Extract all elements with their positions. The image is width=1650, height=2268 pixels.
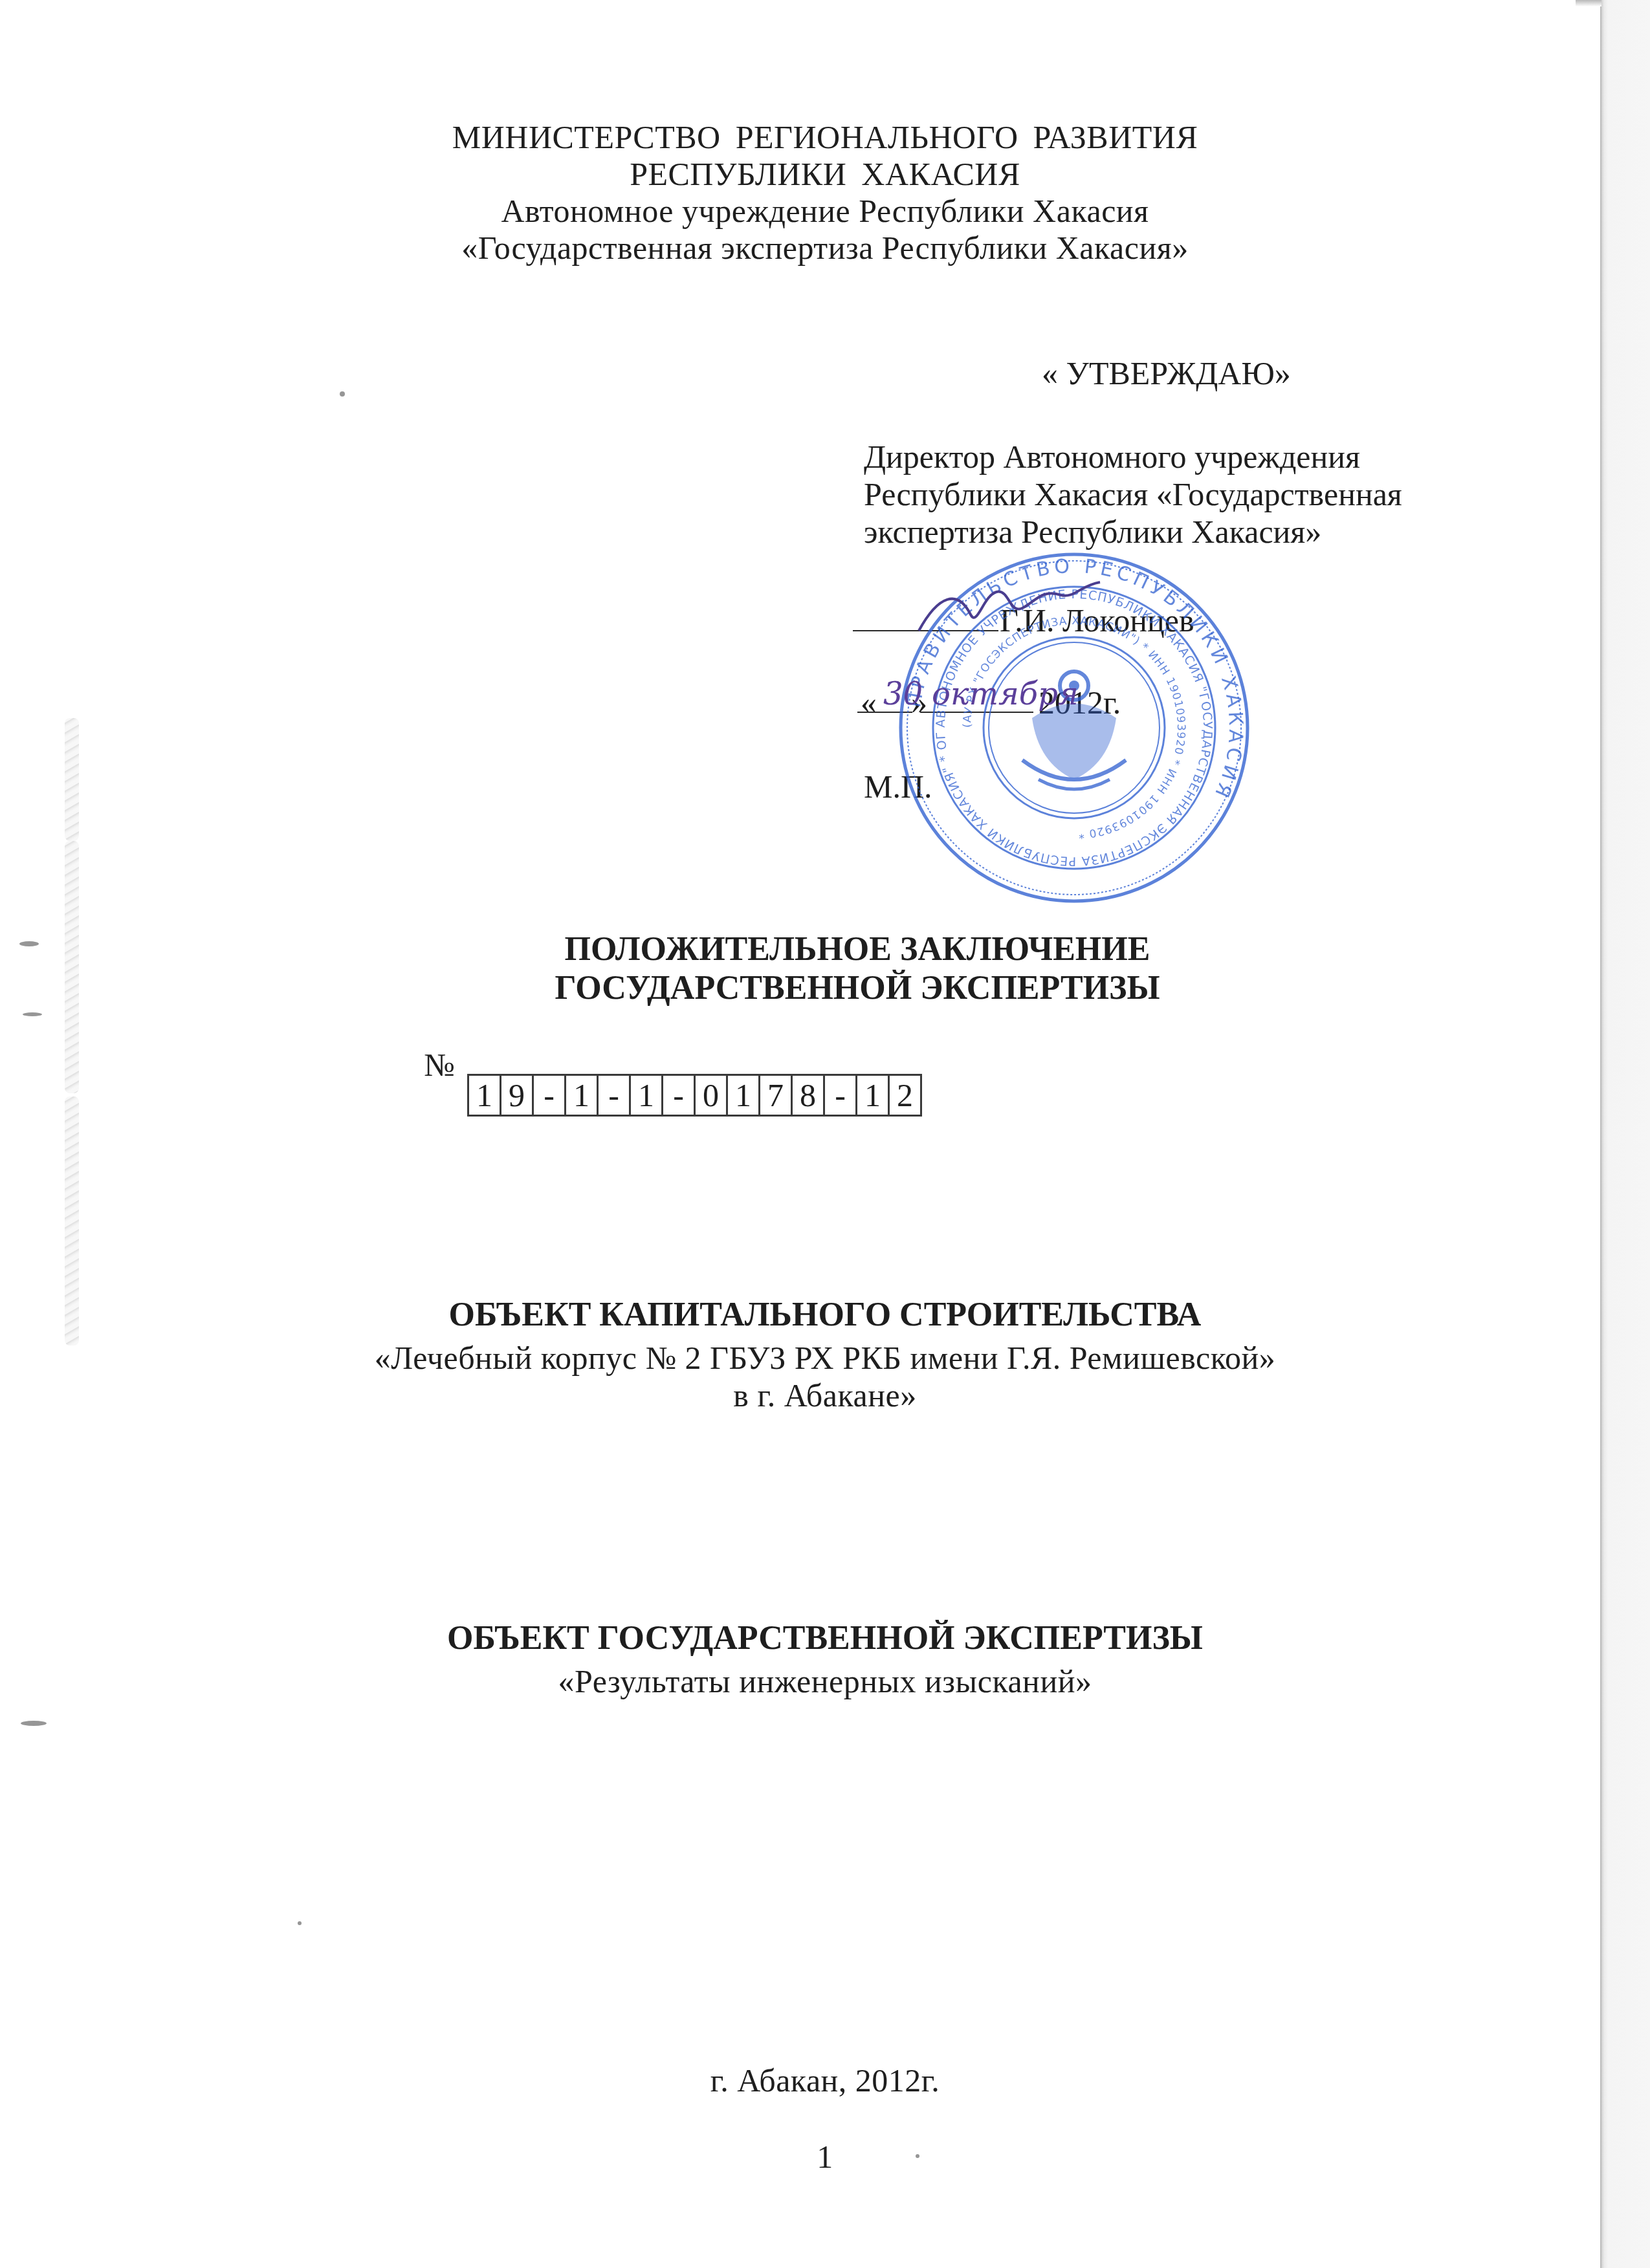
binding-string-top xyxy=(65,718,79,841)
construction-object-heading: ОБЪЕКТ КАПИТАЛЬНОГО СТРОИТЕЛЬСТВА xyxy=(0,1295,1650,1335)
seal-label: М.П. xyxy=(864,768,932,805)
svg-text:(АУ РХ "ГОСЭКСПЕРТИЗА ХАКАСИИ": (АУ РХ "ГОСЭКСПЕРТИЗА ХАКАСИИ") * ИНН 19… xyxy=(961,615,1187,841)
conclusion-number-grid: 1 9 - 1 - 1 - 0 1 7 8 - 1 2 xyxy=(467,1074,922,1117)
page-number: 1 xyxy=(0,2138,1650,2175)
scan-speck xyxy=(298,1921,302,1925)
number-sign: № xyxy=(424,1046,455,1084)
approver-position-line-3: экспертиза Республики Хакасия» xyxy=(864,513,1321,551)
ministry-line-1: МИНИСТЕРСТВО РЕГИОНАЛЬНОГО РАЗВИТИЯ xyxy=(0,118,1650,156)
institution-line-1: Автономное учреждение Республики Хакасия xyxy=(0,192,1650,230)
construction-object-name-line-1: «Лечебный корпус № 2 ГБУЗ РХ РКБ имени Г… xyxy=(0,1339,1650,1377)
institution-line-2: «Государственная экспертиза Республики Х… xyxy=(0,229,1650,267)
page-edge-corner xyxy=(1576,0,1601,6)
construction-object-name-line-2: в г. Абакане» xyxy=(0,1377,1650,1414)
director-signature-icon xyxy=(912,569,1106,647)
number-cell: 2 xyxy=(889,1075,921,1116)
handwritten-month: октября xyxy=(932,676,1079,712)
number-cell: 7 xyxy=(760,1075,792,1116)
number-cell: 1 xyxy=(727,1075,760,1116)
number-cell: 0 xyxy=(695,1075,727,1116)
number-cell: 1 xyxy=(468,1075,501,1116)
number-cell: 9 xyxy=(501,1075,533,1116)
number-cell: - xyxy=(533,1075,566,1116)
place-and-year: г. Абакан, 2012г. xyxy=(0,2062,1650,2099)
scan-speck xyxy=(21,1721,47,1726)
approval-title: « УТВЕРЖДАЮ» xyxy=(1042,354,1291,392)
page-edge-shadow xyxy=(1600,0,1650,2268)
number-cell: - xyxy=(598,1075,630,1116)
number-cell: - xyxy=(824,1075,857,1116)
expertise-object-name: «Результаты инженерных изысканий» xyxy=(0,1663,1650,1700)
approver-position-line-2: Республики Хакасия «Государственная xyxy=(864,475,1402,513)
expertise-object-heading: ОБЪЕКТ ГОСУДАРСТВЕННОЙ ЭКСПЕРТИЗЫ xyxy=(0,1619,1650,1659)
scan-speck xyxy=(340,391,345,397)
handwritten-day: 30 xyxy=(883,676,923,712)
scan-speck xyxy=(23,1012,42,1016)
number-cell: 1 xyxy=(857,1075,889,1116)
number-cell: 1 xyxy=(566,1075,598,1116)
number-cell: - xyxy=(663,1075,695,1116)
conclusion-title-line-1: ПОЛОЖИТЕЛЬНОЕ ЗАКЛЮЧЕНИЕ xyxy=(32,930,1650,970)
ministry-line-2: РЕСПУБЛИКИ ХАКАСИЯ xyxy=(0,155,1650,193)
conclusion-title-line-2: ГОСУДАРСТВЕННОЙ ЭКСПЕРТИЗЫ xyxy=(32,968,1650,1009)
date-open-quote: « xyxy=(861,684,877,721)
number-cell: 1 xyxy=(630,1075,663,1116)
number-cell: 8 xyxy=(792,1075,824,1116)
approver-position-line-1: Директор Автономного учреждения xyxy=(864,438,1360,475)
